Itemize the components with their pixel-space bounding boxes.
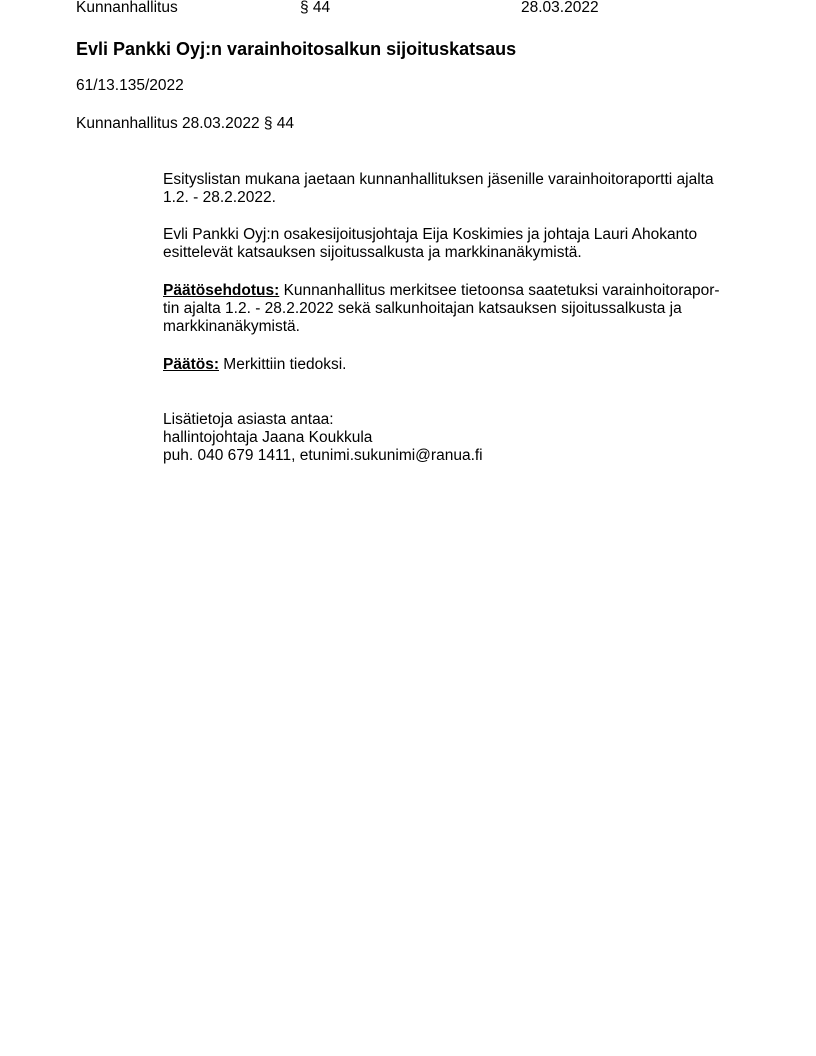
paragraph-1-line-2: 1.2. - 28.2.2022. [163,189,763,207]
paragraph-2: Evli Pankki Oyj:n osakesijoitusjohtaja E… [163,226,763,262]
decision: Päätös: Merkittiin tiedoksi. [163,356,763,374]
paragraph-2-line-1: Evli Pankki Oyj:n osakesijoitusjohtaja E… [163,226,763,244]
proposal-line-2: tin ajalta 1.2. - 28.2.2022 sekä salkunh… [163,300,763,318]
contact-info: Lisätietoja asiasta antaa: hallintojohta… [163,411,763,465]
proposal-line-3: markkinanäkymistä. [163,318,763,336]
header-body: Kunnanhallitus [76,0,178,17]
header-date: 28.03.2022 [521,0,599,17]
contact-line-3: puh. 040 679 1411, etunimi.sukunimi@ranu… [163,447,763,465]
document-title: Evli Pankki Oyj:n varainhoitosalkun sijo… [76,38,516,60]
decision-label: Päätös: [163,356,219,373]
contact-line-1: Lisätietoja asiasta antaa: [163,411,763,429]
meeting-reference: Kunnanhallitus 28.03.2022 § 44 [76,115,294,133]
record-number: 61/13.135/2022 [76,77,184,95]
header-section: § 44 [300,0,330,17]
paragraph-1: Esityslistan mukana jaetaan kunnanhallit… [163,171,763,207]
contact-line-2: hallintojohtaja Jaana Koukkula [163,429,763,447]
proposal-line-1: Kunnanhallitus merkitsee tietoonsa saate… [279,282,719,299]
proposal-label: Päätösehdotus: [163,282,279,299]
decision-proposal: Päätösehdotus: Kunnanhallitus merkitsee … [163,282,763,336]
decision-text: Merkittiin tiedoksi. [219,356,346,373]
paragraph-1-line-1: Esityslistan mukana jaetaan kunnanhallit… [163,171,763,189]
paragraph-2-line-2: esittelevät katsauksen sijoitussalkusta … [163,244,763,262]
